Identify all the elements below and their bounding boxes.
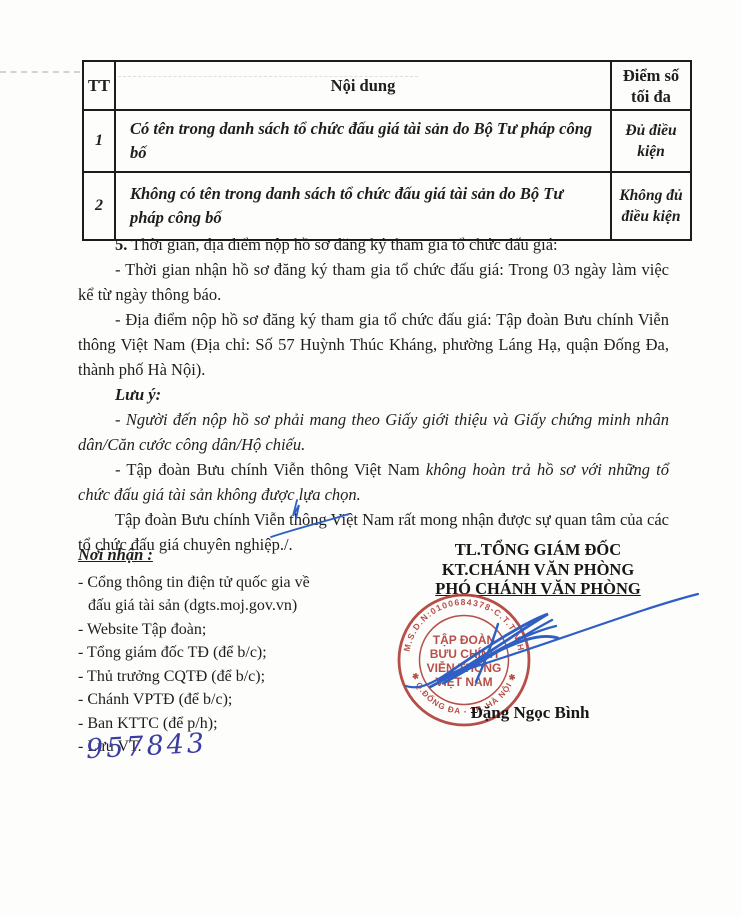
section5-heading: 5. Thời gian, địa điểm nộp hồ sơ đăng ký… xyxy=(78,232,669,257)
table-row: 2 Không có tên trong danh sách tổ chức đ… xyxy=(83,172,691,240)
handwritten-number: 957843 xyxy=(85,728,208,765)
header-diemso: Điểm số tối đa xyxy=(611,61,691,110)
signature-title-1: TL.TỔNG GIÁM ĐỐC xyxy=(388,540,688,560)
recipients-label: Nơi nhận : xyxy=(78,543,328,567)
evaluation-table: TT Nội dung Điểm số tối đa 1 Có tên tron… xyxy=(82,60,692,241)
row2-score: Không đủ điều kiện xyxy=(611,172,691,240)
paraph-squiggle xyxy=(293,500,299,519)
scan-artifact-line xyxy=(0,71,80,73)
note-2: - Tập đoàn Bưu chính Viễn thông Việt Nam… xyxy=(78,457,669,507)
table-header-row: TT Nội dung Điểm số tối đa xyxy=(83,61,691,110)
paragraph-place: - Địa điểm nộp hồ sơ đăng ký tham gia tổ… xyxy=(78,307,669,382)
section5-text: Thời gian, địa điểm nộp hồ sơ đăng ký th… xyxy=(127,235,557,254)
row1-tt: 1 xyxy=(83,110,115,172)
note-2-plain: - Tập đoàn Bưu chính Viễn thông Việt Nam xyxy=(115,460,426,479)
paraph-mark xyxy=(263,492,358,542)
header-noidung: Nội dung xyxy=(115,61,611,110)
note-label: Lưu ý: xyxy=(78,382,669,407)
table-row: 1 Có tên trong danh sách tổ chức đấu giá… xyxy=(83,110,691,172)
recipients-block: Nơi nhận : - Cổng thông tin điện tử quốc… xyxy=(78,543,328,759)
signature-stroke xyxy=(442,620,556,684)
signature-stroke xyxy=(442,594,698,677)
recipient-item: - Tổng giám đốc TĐ (để b/c); xyxy=(78,641,328,665)
row1-score: Đủ điều kiện xyxy=(611,110,691,172)
signer-name: Đặng Ngọc Bình xyxy=(420,703,640,723)
row1-content: Có tên trong danh sách tổ chức đấu giá t… xyxy=(115,110,611,172)
row2-tt: 2 xyxy=(83,172,115,240)
recipient-item: - Chánh VPTĐ (để b/c); xyxy=(78,688,328,712)
document-body: 5. Thời gian, địa điểm nộp hồ sơ đăng ký… xyxy=(78,232,669,557)
header-tt: TT xyxy=(83,61,115,110)
row2-content: Không có tên trong danh sách tổ chức đấu… xyxy=(115,172,611,240)
paragraph-time: - Thời gian nhận hồ sơ đăng ký tham gia … xyxy=(78,257,669,307)
recipient-item: đấu giá tài sản (dgts.moj.gov.vn) xyxy=(78,594,328,618)
handwritten-signature xyxy=(380,572,710,702)
signature-stroke xyxy=(430,614,558,687)
recipient-item: - Cổng thông tin điện tử quốc gia về xyxy=(78,571,328,595)
document-page: TT Nội dung Điểm số tối đa 1 Có tên tron… xyxy=(0,0,741,917)
recipient-item: - Thủ trưởng CQTĐ (để b/c); xyxy=(78,665,328,689)
paraph-underline xyxy=(271,514,349,537)
section5-number: 5. xyxy=(115,235,127,254)
note-1: - Người đến nộp hồ sơ phải mang theo Giấ… xyxy=(78,407,669,457)
recipient-item: - Website Tập đoàn; xyxy=(78,618,328,642)
